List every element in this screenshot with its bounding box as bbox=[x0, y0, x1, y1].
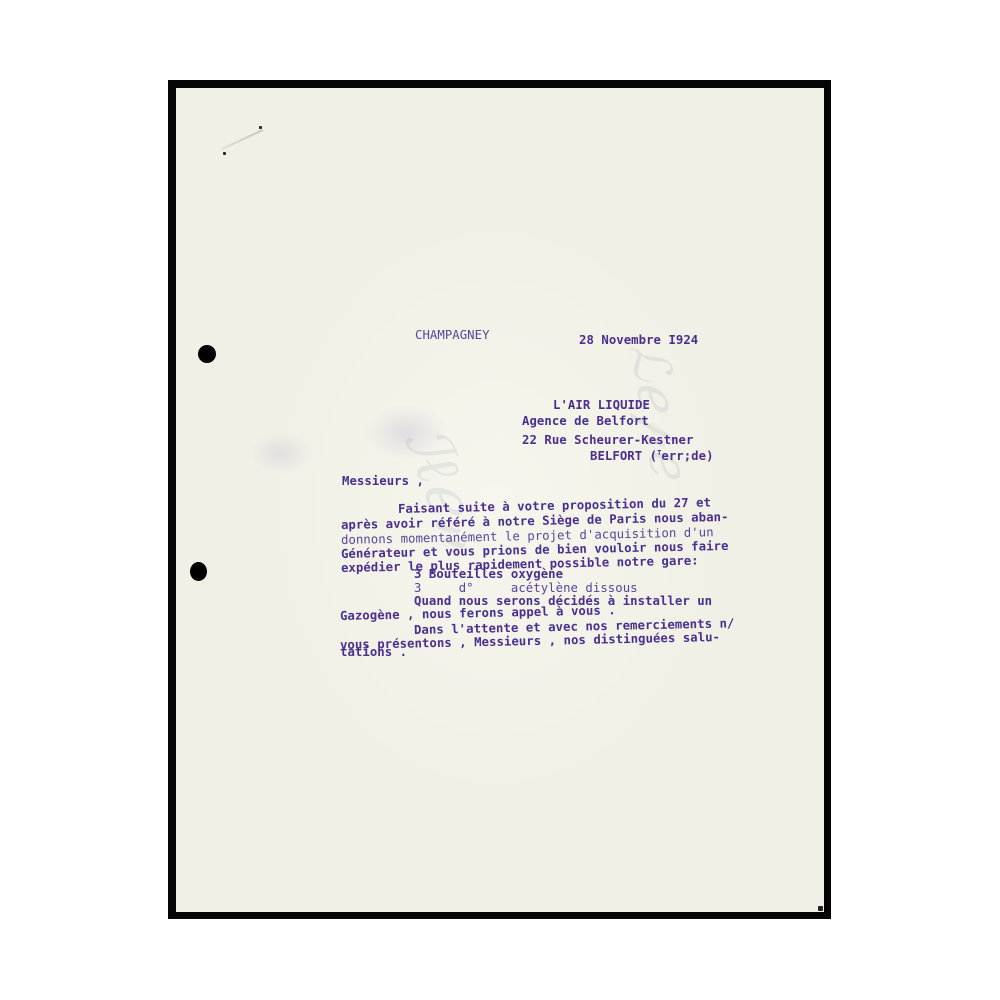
recipient-line-4: BELFORT (Terr;de) bbox=[590, 450, 714, 462]
letter-place: CHAMPAGNEY bbox=[415, 329, 490, 341]
body-line: tations . bbox=[340, 646, 407, 658]
recipient-city: BELFORT ( bbox=[590, 449, 657, 463]
salutation: Messieurs , bbox=[342, 475, 424, 487]
recipient-line-2: Agence de Belfort bbox=[522, 415, 649, 427]
paper-speck bbox=[818, 906, 823, 911]
punch-hole bbox=[198, 345, 216, 363]
punch-hole bbox=[190, 562, 207, 581]
recipient-region: err;de) bbox=[661, 449, 713, 463]
recipient-line-3: 22 Rue Scheurer-Kestner bbox=[522, 434, 693, 446]
letter-date: 28 Novembre I924 bbox=[579, 334, 698, 346]
paper-crease bbox=[222, 129, 264, 150]
letter-page: ℐℓℯ𝓃 ℒℯ𝓅ℯ CHAMPAGNEY 28 Novembre I924 L'… bbox=[176, 88, 824, 912]
body-line: 3 Bouteilles oxygène bbox=[414, 568, 563, 580]
body-line: 3 d° acétylène dissous bbox=[414, 582, 638, 594]
paper-speck bbox=[223, 152, 226, 155]
recipient-line-1: L'AIR LIQUIDE bbox=[553, 399, 650, 411]
